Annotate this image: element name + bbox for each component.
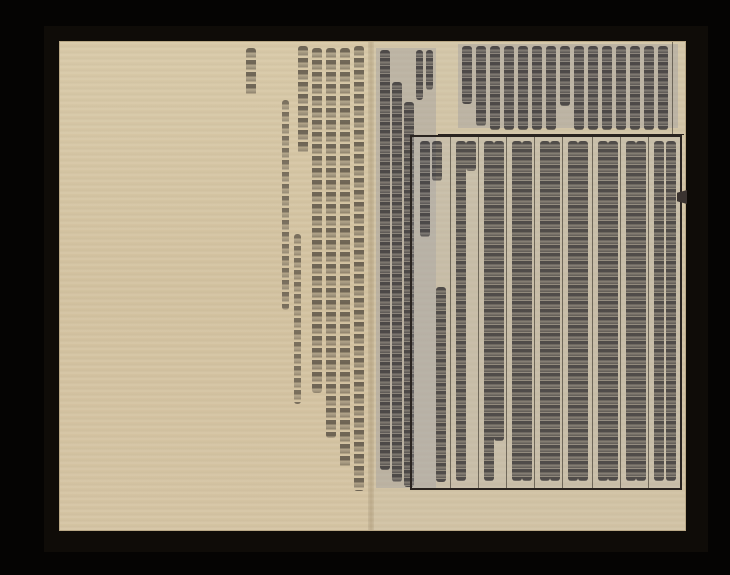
handwritten-note-column <box>294 234 301 404</box>
printed-column <box>420 141 430 237</box>
handwritten-note-column <box>312 48 322 393</box>
handwritten-note-column <box>326 48 336 438</box>
handwritten-note-column <box>298 46 308 154</box>
handwritten-heading <box>246 48 256 96</box>
printed-column <box>426 50 433 90</box>
column-rule <box>672 42 673 134</box>
handwritten-note-column <box>340 48 350 468</box>
left-page: Left page Short handwritten heading colu… <box>60 42 370 530</box>
printed-column <box>546 46 556 130</box>
printed-column <box>560 46 570 106</box>
printed-column <box>490 46 500 130</box>
printed-column <box>608 141 618 481</box>
printed-column <box>602 46 612 130</box>
printed-column <box>416 50 423 100</box>
printed-column <box>630 46 640 130</box>
printed-column <box>588 46 598 130</box>
printed-column <box>666 141 676 481</box>
printed-column <box>432 141 442 181</box>
printed-column <box>494 141 504 441</box>
printed-column <box>578 141 588 481</box>
column-rule <box>450 137 451 488</box>
printed-column <box>658 46 668 130</box>
printed-column <box>512 141 522 481</box>
handwritten-note-column <box>354 46 364 491</box>
printed-column <box>540 141 550 481</box>
top-printed-block: Printed text block above frame <box>438 42 684 135</box>
printed-column <box>436 287 446 482</box>
printed-column <box>380 50 390 470</box>
book-spread: Left page Short handwritten heading colu… <box>60 42 685 530</box>
printed-column <box>568 141 578 481</box>
printed-column <box>616 46 626 130</box>
column-rule <box>592 137 593 488</box>
printed-column <box>654 141 664 481</box>
column-rule <box>648 137 649 488</box>
printed-column <box>598 141 608 481</box>
column-rule <box>478 137 479 488</box>
framed-text-block: Framed printed text block with vertical … <box>410 135 682 490</box>
printed-column <box>636 141 646 481</box>
printed-column <box>456 141 466 481</box>
printed-column <box>626 141 636 481</box>
handwritten-note-column <box>282 100 289 310</box>
printed-column <box>518 46 528 130</box>
printed-column <box>392 82 402 482</box>
printed-column <box>462 46 472 104</box>
printed-column <box>466 141 476 171</box>
printed-column <box>522 141 532 481</box>
printed-column <box>484 141 494 481</box>
printed-column <box>504 46 514 130</box>
printed-column <box>574 46 584 130</box>
printed-column <box>550 141 560 481</box>
printed-column <box>644 46 654 130</box>
column-rule <box>562 137 563 488</box>
column-rule <box>620 137 621 488</box>
printed-column <box>476 46 486 126</box>
printed-column <box>532 46 542 130</box>
column-rule <box>506 137 507 488</box>
column-rule <box>534 137 535 488</box>
